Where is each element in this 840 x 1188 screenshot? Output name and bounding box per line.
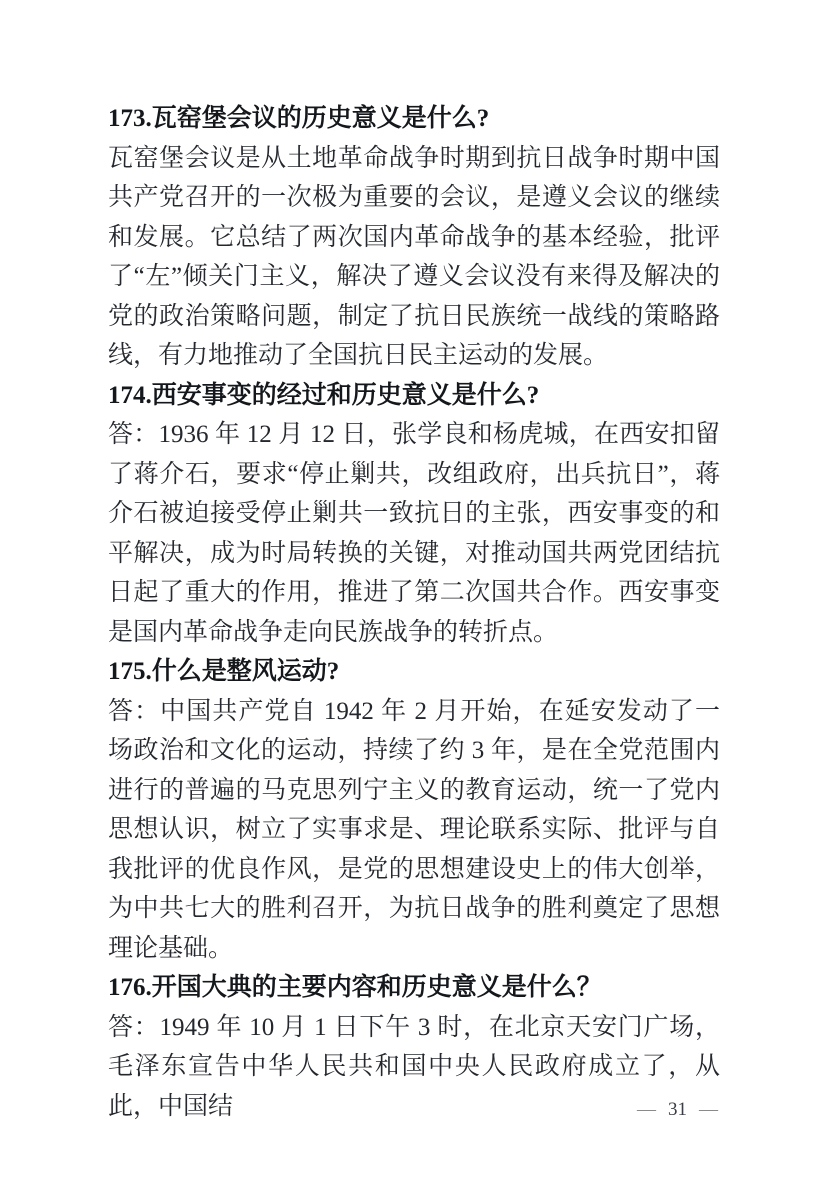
question-heading-175: 175.什么是整风运动? — [108, 652, 720, 692]
page-footer: —31— — [0, 1097, 718, 1123]
page-number: 31 — [668, 1099, 687, 1120]
document-content: 173.瓦窑堡会议的历史意义是什么? 瓦窑堡会议是从土地革命战争时期到抗日战争时… — [108, 99, 720, 1126]
question-heading-173: 173.瓦窑堡会议的历史意义是什么? — [108, 99, 720, 139]
question-heading-176: 176.开国大典的主要内容和历史意义是什么？ — [108, 968, 720, 1008]
document-page: 173.瓦窑堡会议的历史意义是什么? 瓦窑堡会议是从土地革命战争时期到抗日战争时… — [0, 0, 840, 1188]
footer-left-dash: — — [637, 1099, 656, 1120]
qa-section-175: 175.什么是整风运动? 答：中国共产党自 1942 年 2 月开始，在延安发动… — [108, 652, 720, 968]
qa-section-174: 174.西安事变的经过和历史意义是什么? 答：1936 年 12 月 12 日，… — [108, 376, 720, 653]
qa-section-173: 173.瓦窑堡会议的历史意义是什么? 瓦窑堡会议是从土地革命战争时期到抗日战争时… — [108, 99, 720, 376]
answer-paragraph-174: 答：1936 年 12 月 12 日，张学良和杨虎城，在西安扣留了蒋介石，要求“… — [108, 415, 720, 652]
footer-right-dash: — — [699, 1099, 718, 1120]
answer-paragraph-173: 瓦窑堡会议是从土地革命战争时期到抗日战争时期中国共产党召开的一次极为重要的会议，… — [108, 139, 720, 376]
question-heading-174: 174.西安事变的经过和历史意义是什么? — [108, 376, 720, 416]
answer-paragraph-175: 答：中国共产党自 1942 年 2 月开始，在延安发动了一场政治和文化的运动，持… — [108, 692, 720, 969]
